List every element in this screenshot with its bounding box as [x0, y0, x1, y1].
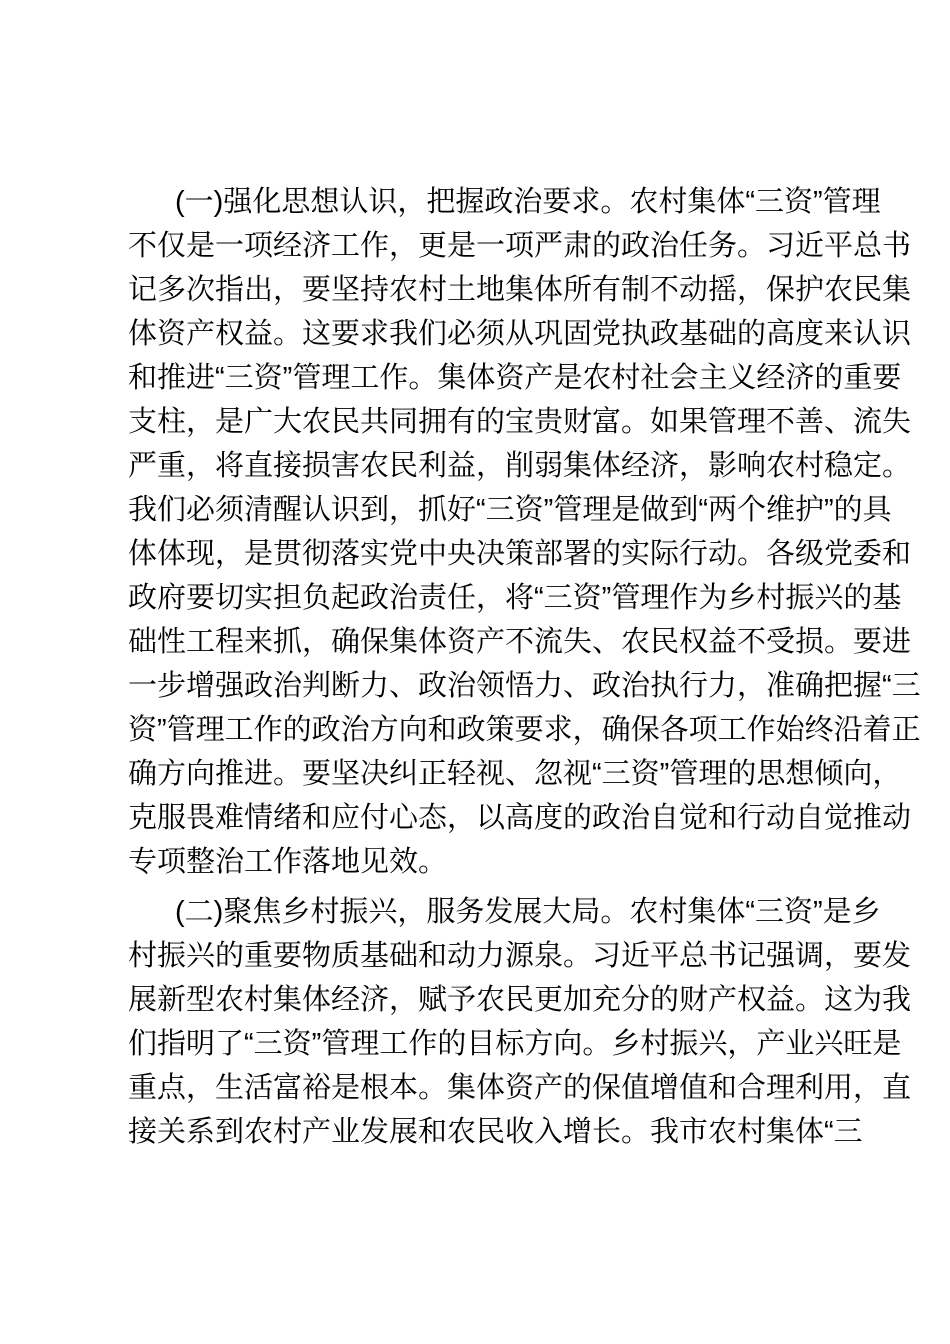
text-line: 记多次指出，要坚持农村土地集体所有制不动摇，保护农民集: [128, 268, 814, 312]
text-line: 一步增强政治判断力、政治领悟力、政治执行力，准确把握“三: [128, 664, 814, 708]
text-line: 展新型农村集体经济，赋予农民更加充分的财产权益。这为我: [128, 978, 814, 1022]
text-line: 接关系到农村产业发展和农民收入增长。我市农村集体“三: [128, 1110, 814, 1154]
text-line: 我们必须清醒认识到，抓好“三资”管理是做到“两个维护”的具: [128, 488, 814, 532]
paragraph-1: (一)强化思想认识，把握政治要求。农村集体“三资”管理 不仅是一项经济工作，更是…: [128, 180, 814, 884]
text-line: 克服畏难情绪和应付心态，以高度的政治自觉和行动自觉推动: [128, 796, 814, 840]
text-line: (二)聚焦乡村振兴，服务发展大局。农村集体“三资”是乡: [128, 890, 814, 934]
text-line: 政府要切实担负起政治责任，将“三资”管理作为乡村振兴的基: [128, 576, 814, 620]
text-line: 确方向推进。要坚决纠正轻视、忽视“三资”管理的思想倾向，: [128, 752, 814, 796]
text-line: 和推进“三资”管理工作。集体资产是农村社会主义经济的重要: [128, 356, 814, 400]
text-line: 础性工程来抓，确保集体资产不流失、农民权益不受损。要进: [128, 620, 814, 664]
text-line: 支柱，是广大农民共同拥有的宝贵财富。如果管理不善、流失: [128, 400, 814, 444]
document-page: (一)强化思想认识，把握政治要求。农村集体“三资”管理 不仅是一项经济工作，更是…: [0, 0, 950, 1344]
text-line: 严重，将直接损害农民利益，削弱集体经济，影响农村稳定。: [128, 444, 814, 488]
text-line: 不仅是一项经济工作，更是一项严肃的政治任务。习近平总书: [128, 224, 814, 268]
text-line: 体资产权益。这要求我们必须从巩固党执政基础的高度来认识: [128, 312, 814, 356]
text-line: (一)强化思想认识，把握政治要求。农村集体“三资”管理: [128, 180, 814, 224]
text-line: 们指明了“三资”管理工作的目标方向。乡村振兴，产业兴旺是: [128, 1022, 814, 1066]
text-line: 村振兴的重要物质基础和动力源泉。习近平总书记强调，要发: [128, 934, 814, 978]
text-line: 重点，生活富裕是根本。集体资产的保值增值和合理利用，直: [128, 1066, 814, 1110]
text-line: 专项整治工作落地见效。: [128, 840, 814, 884]
paragraph-2: (二)聚焦乡村振兴，服务发展大局。农村集体“三资”是乡 村振兴的重要物质基础和动…: [128, 890, 814, 1154]
text-line: 资”管理工作的政治方向和政策要求，确保各项工作始终沿着正: [128, 708, 814, 752]
text-line: 体体现，是贯彻落实党中央决策部署的实际行动。各级党委和: [128, 532, 814, 576]
